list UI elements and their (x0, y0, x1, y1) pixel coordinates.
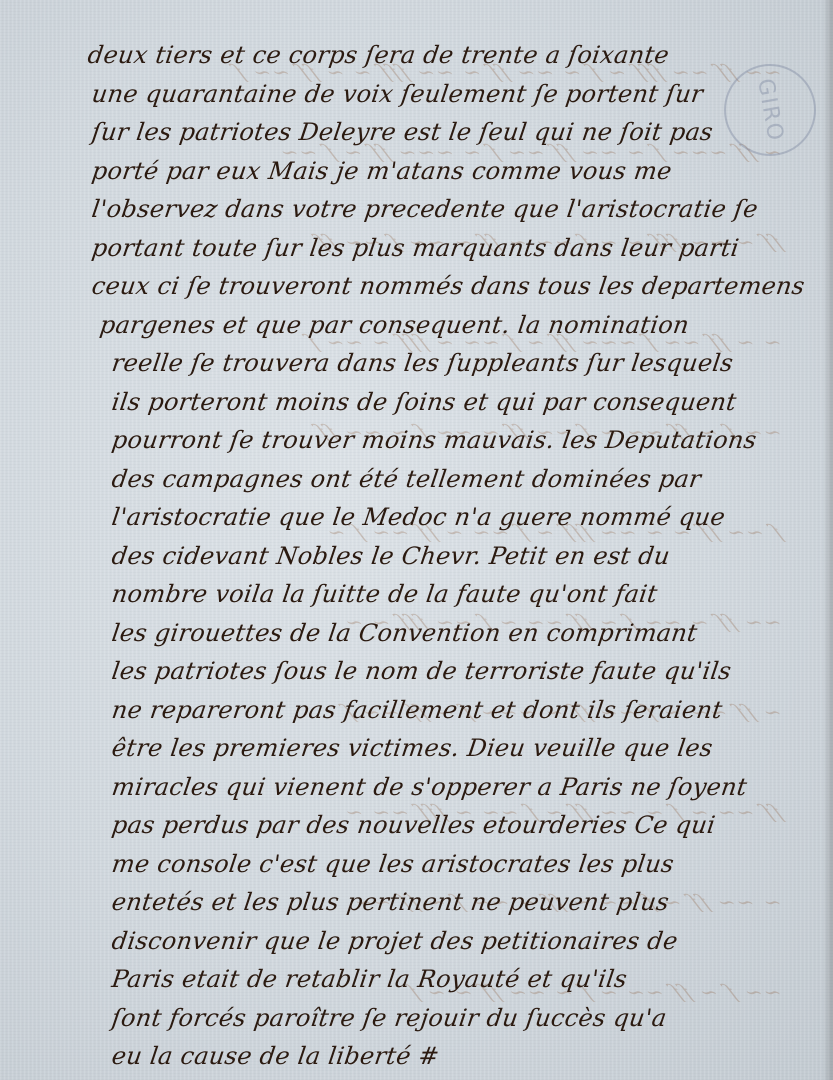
text-line-15: nombre voila la ſuitte de la faute qu'on… (67, 575, 832, 614)
letter-body: deux tiers et ce corps ſera de trente a … (70, 36, 830, 1076)
text-line-9: reelle ſe trouvera dans les ſuppleants ſ… (67, 344, 832, 383)
text-line-2: une quarantaine de voix ſeulement ſe por… (67, 75, 832, 114)
text-line-25: Paris etait de retablir la Royauté et qu… (67, 960, 832, 999)
text-line-24: disconvenir que le projet des petitionai… (67, 922, 832, 961)
text-line-4: porté par eux Mais je m'atans comme vous… (67, 152, 832, 191)
text-line-13: l'aristocratie que le Medoc n'a guere no… (67, 498, 832, 537)
text-line-20: miracles qui vienent de s'opperer a Pari… (67, 768, 832, 807)
text-line-14: des cidevant Nobles le Chevr. Petit en e… (67, 537, 832, 576)
text-line-6: portant toute ſur les plus marquants dan… (67, 229, 832, 268)
text-line-3: ſur les patriotes Deleyre est le ſeul qu… (67, 113, 832, 152)
text-line-12: des campagnes ont été tellement dominées… (67, 460, 832, 499)
text-line-8: pargenes et que par consequent. la nomin… (67, 306, 832, 345)
text-line-7: ceux ci ſe trouveront nommés dans tous l… (67, 267, 832, 306)
text-line-18: ne repareront pas facillement et dont il… (67, 691, 832, 730)
text-line-1: deux tiers et ce corps ſera de trente a … (67, 36, 832, 75)
text-line-10: ils porteront moins de ſoins et qui par … (67, 383, 832, 422)
text-line-22: me console c'est que les aristocrates le… (67, 845, 832, 884)
text-line-19: être les premieres victimes. Dieu veuill… (67, 729, 832, 768)
text-line-17: les patriotes ſous le nom de terroriste … (67, 652, 832, 691)
text-line-26: ſont forcés paroître ſe rejouir du ſuccè… (67, 999, 832, 1038)
text-line-16: les girouettes de la Convention en compr… (67, 614, 832, 653)
page-edge-shadow (823, 0, 833, 1080)
text-line-23: entetés et les plus pertinent ne peuvent… (67, 883, 832, 922)
text-line-21: pas perdus par des nouvelles etourderies… (67, 806, 832, 845)
manuscript-page: ~~ ſſ ~~ ſſſ ~ ſ ~ ~~ ſſ ~ ~~ ſſſ ~ ~ ſſ… (0, 0, 833, 1080)
text-line-27: eu la cause de la liberté # (67, 1037, 832, 1076)
text-line-11: pourront ſe trouver moins mauvais. les D… (67, 421, 832, 460)
text-line-5: l'observez dans votre precedente que l'a… (67, 190, 832, 229)
